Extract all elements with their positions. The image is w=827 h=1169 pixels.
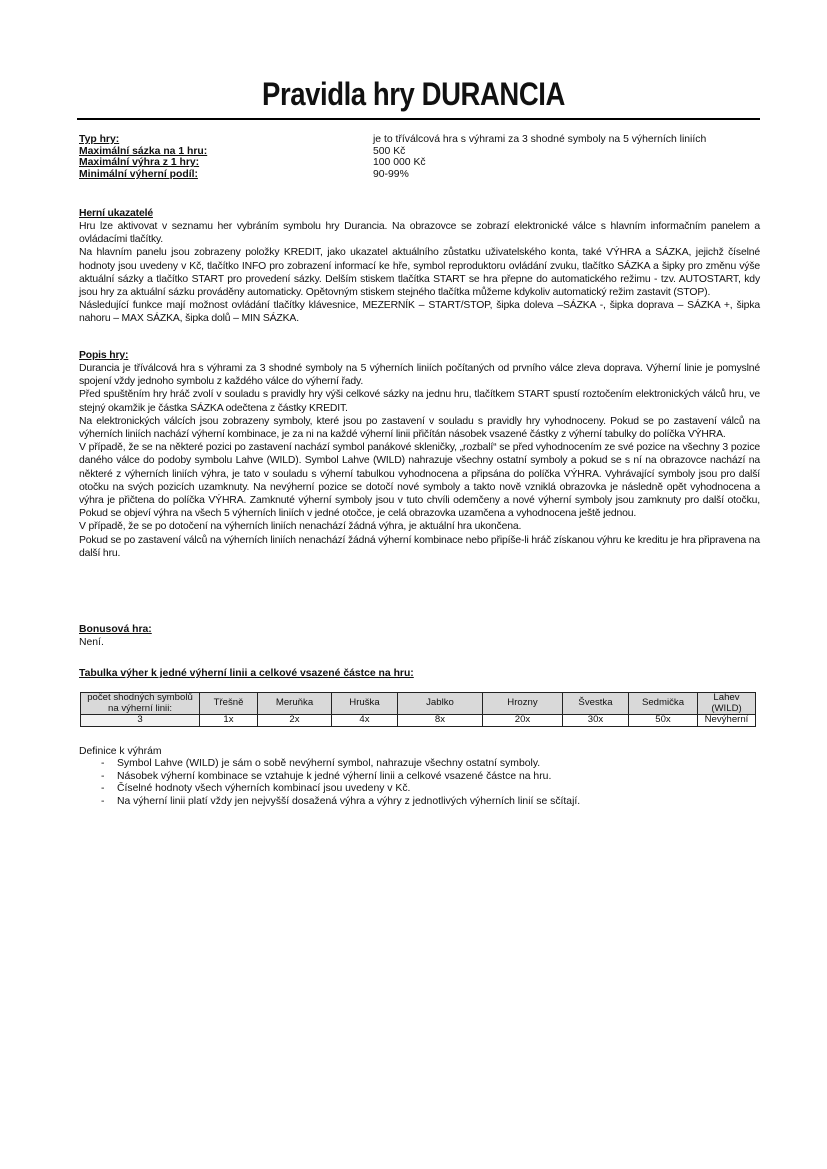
paytable-header-cell: Lahev (WILD)	[698, 693, 756, 715]
section-bonus-game: Bonusová hra: Není.	[79, 623, 760, 649]
game-info: Typ hry: je to tříválcová hra s výhrami …	[79, 134, 769, 180]
list-item-text: Násobek výherní kombinace se vztahuje k …	[117, 771, 551, 783]
info-value: 90-99%	[373, 169, 769, 181]
paytable-cell: 1x	[200, 715, 258, 727]
paytable-header-cell: Meruňka	[258, 693, 332, 715]
info-label: Maximální výhra z 1 hry:	[79, 157, 373, 169]
list-item: -Na výherní linii platí vždy jen nejvyšš…	[101, 796, 760, 808]
bullet-dash: -	[101, 771, 117, 783]
section-game-indicators: Herní ukazatelé Hru lze aktivovat v sezn…	[79, 207, 760, 326]
paragraph: Před spuštěním hry hráč zvolí v souladu …	[79, 388, 760, 414]
info-label: Typ hry:	[79, 134, 373, 146]
paytable-header-cell: Hruška	[332, 693, 398, 715]
list-item: -Násobek výherní kombinace se vztahuje k…	[101, 771, 760, 783]
paytable-cell: 3	[81, 715, 200, 727]
section-paytable: Tabulka výher k jedné výherní linii a ce…	[79, 667, 760, 680]
paytable-header-cell: Jablko	[398, 693, 483, 715]
paytable-cell: Nevýherní	[698, 715, 756, 727]
paytable-row: 3 1x 2x 4x 8x 20x 30x 50x Nevýherní	[81, 715, 756, 727]
info-value: je to tříválcová hra s výhrami za 3 shod…	[373, 134, 769, 146]
info-label: Minimální výherní podíl:	[79, 169, 373, 181]
win-definitions: Definice k výhrám -Symbol Lahve (WILD) j…	[79, 746, 760, 808]
paragraph: Není.	[79, 636, 760, 649]
info-row-max-win: Maximální výhra z 1 hry: 100 000 Kč	[79, 157, 769, 169]
paragraph: V případě, že se po dotočení na výherníc…	[79, 520, 760, 533]
paytable-header-cell: Hrozny	[483, 693, 563, 715]
section-heading: Herní ukazatelé	[79, 207, 760, 220]
title-divider	[77, 118, 760, 120]
paytable-header-cell: Sedmička	[629, 693, 698, 715]
page-title: Pravidla hry DURANCIA	[58, 76, 769, 113]
paragraph: Hru lze aktivovat v seznamu her vybráním…	[79, 220, 760, 246]
list-item-text: Na výherní linii platí vždy jen nejvyšší…	[117, 796, 580, 808]
paytable: počet shodných symbolů na výherní linii:…	[80, 692, 756, 727]
definitions-heading: Definice k výhrám	[79, 746, 760, 758]
paragraph: Následující funkce mají možnost ovládání…	[79, 299, 760, 325]
paytable-header-row: počet shodných symbolů na výherní linii:…	[81, 693, 756, 715]
list-item-text: Číselné hodnoty všech výherních kombinac…	[117, 783, 410, 795]
section-heading: Tabulka výher k jedné výherní linii a ce…	[79, 667, 760, 680]
section-heading: Bonusová hra:	[79, 623, 760, 636]
paytable-cell: 20x	[483, 715, 563, 727]
info-value: 500 Kč	[373, 146, 769, 158]
paytable-cell: 50x	[629, 715, 698, 727]
list-item-text: Symbol Lahve (WILD) je sám o sobě nevýhe…	[117, 758, 540, 770]
info-row-max-bet: Maximální sázka na 1 hru: 500 Kč	[79, 146, 769, 158]
list-item: -Číselné hodnoty všech výherních kombina…	[101, 783, 760, 795]
paragraph: Durancia je tříválcová hra s výhrami za …	[79, 362, 760, 388]
paytable-cell: 4x	[332, 715, 398, 727]
bullet-dash: -	[101, 796, 117, 808]
bullet-dash: -	[101, 758, 117, 770]
paragraph: Na elektronických válcích jsou zobrazeny…	[79, 415, 760, 441]
bullet-dash: -	[101, 783, 117, 795]
paytable-cell: 8x	[398, 715, 483, 727]
paytable-cell: 30x	[563, 715, 629, 727]
paytable-header-cell: Třešně	[200, 693, 258, 715]
info-row-type: Typ hry: je to tříválcová hra s výhrami …	[79, 134, 769, 146]
paytable-cell: 2x	[258, 715, 332, 727]
paragraph: Pokud se po zastavení válců na výherních…	[79, 534, 760, 560]
list-item: -Symbol Lahve (WILD) je sám o sobě nevýh…	[101, 758, 760, 770]
section-heading: Popis hry:	[79, 349, 760, 362]
paragraph: Na hlavním panelu jsou zobrazeny položky…	[79, 246, 760, 299]
paytable-header-cell: Švestka	[563, 693, 629, 715]
info-label: Maximální sázka na 1 hru:	[79, 146, 373, 158]
section-game-description: Popis hry: Durancia je tříválcová hra s …	[79, 349, 760, 560]
paragraph: V případě, že se na některé pozici po za…	[79, 441, 760, 520]
definitions-list: -Symbol Lahve (WILD) je sám o sobě nevýh…	[79, 758, 760, 808]
paytable-header-cell: počet shodných symbolů na výherní linii:	[81, 693, 200, 715]
info-row-min-rtp: Minimální výherní podíl: 90-99%	[79, 169, 769, 181]
info-value: 100 000 Kč	[373, 157, 769, 169]
